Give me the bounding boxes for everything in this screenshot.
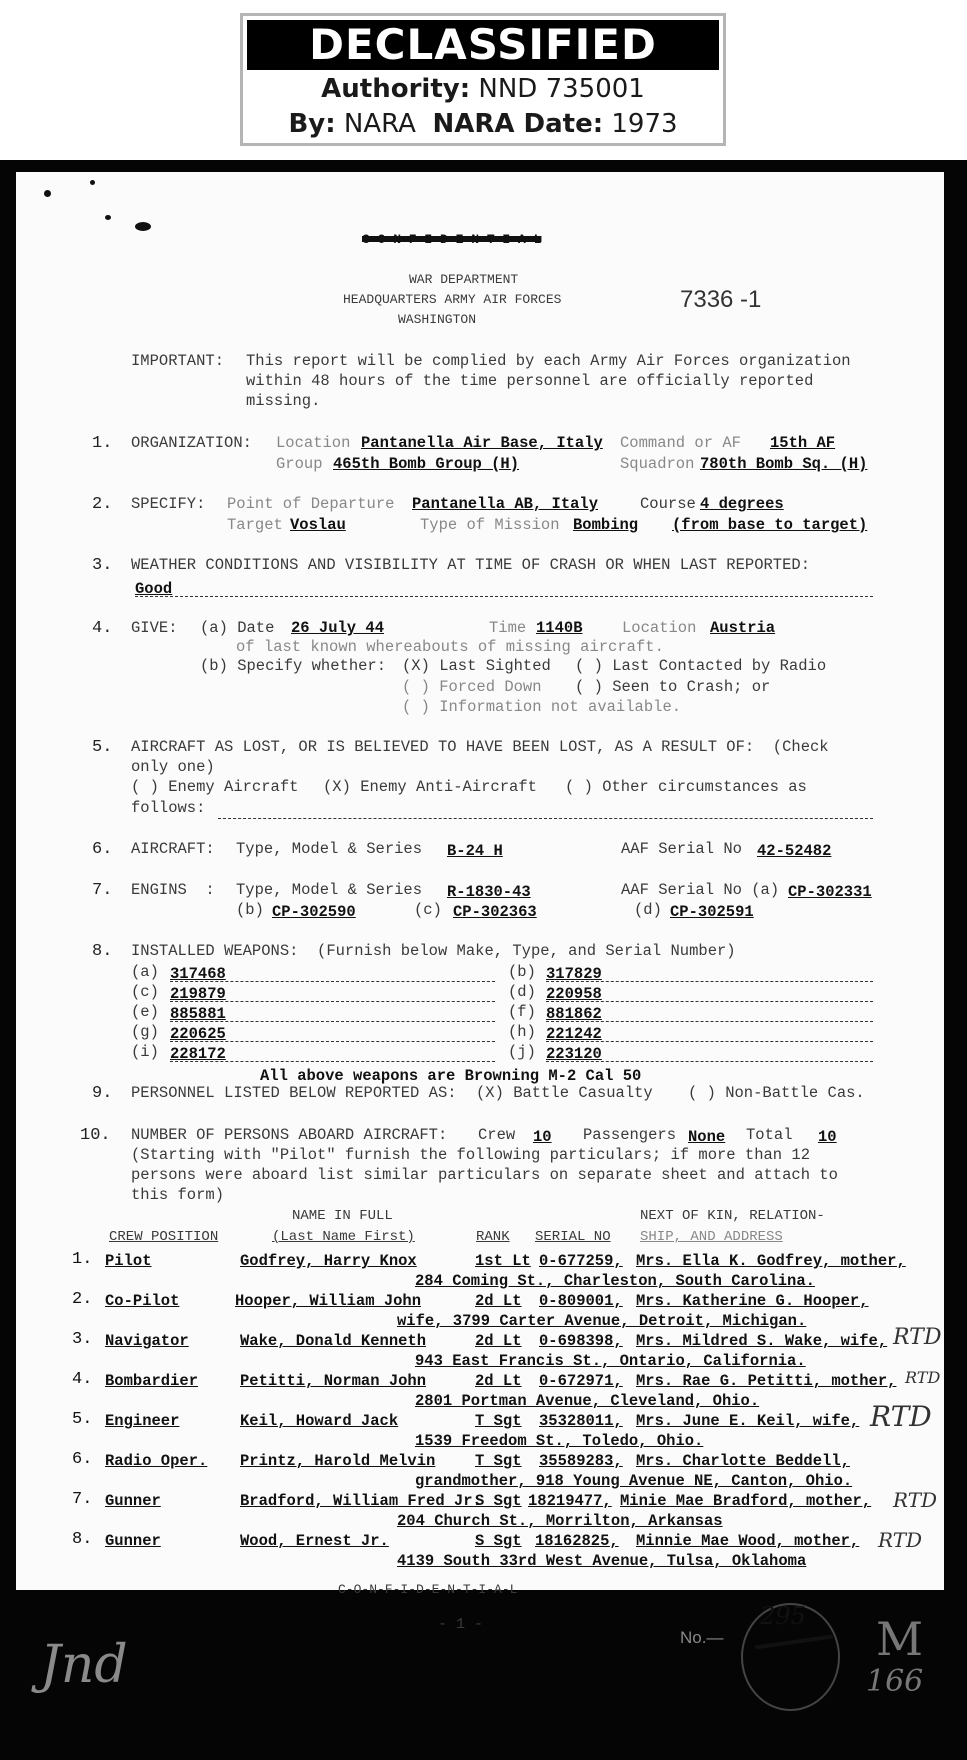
crew-name: Wood, Ernest Jr. — [240, 1532, 389, 1551]
weapon-label: (b) — [508, 963, 536, 982]
row-number: 1. — [72, 1250, 92, 1269]
section-6-label: AIRCRAFT: — [131, 840, 215, 859]
crew-address: grandmother, 918 Young Avenue NE, Canton… — [415, 1472, 852, 1491]
weapon-underline — [546, 1061, 873, 1062]
header-position: CREW POSITION — [109, 1228, 218, 1247]
crew-position: Engineer — [105, 1412, 179, 1431]
section-3-label: WEATHER CONDITIONS AND VISIBILITY AT TIM… — [131, 556, 810, 575]
crew-rank: 2d Lt — [475, 1292, 522, 1311]
crew-address: 943 East Francis St., Ontario, Californi… — [415, 1352, 806, 1371]
engine-b-label: (b) — [236, 901, 264, 920]
header-name-top: NAME IN FULL — [292, 1207, 393, 1226]
important-label: IMPORTANT: — [131, 352, 224, 371]
location-value: Pantanella Air Base, Italy — [361, 434, 603, 453]
total-label: Total — [746, 1126, 793, 1145]
follows-underline — [218, 818, 873, 819]
aircraft-type-label: Type, Model & Series — [236, 840, 422, 859]
crew-position: Gunner — [105, 1532, 161, 1551]
section-3-number: 3. — [92, 556, 112, 575]
weapon-underline — [170, 1061, 495, 1062]
section-9-number: 9. — [92, 1084, 112, 1103]
crew-label: Crew — [478, 1126, 515, 1145]
weapon-label: (f) — [508, 1003, 536, 1022]
weapon-underline — [170, 981, 495, 982]
header-serial: SERIAL NO — [535, 1228, 611, 1247]
weapon-label: (g) — [131, 1023, 159, 1042]
rtd-mark: RTD — [893, 1488, 937, 1512]
option-info-not-available[interactable]: ( ) Information not available. — [402, 698, 681, 717]
section-7-number: 7. — [92, 881, 112, 900]
crew-position: Gunner — [105, 1492, 161, 1511]
engine-type-value: R-1830-43 — [447, 883, 531, 902]
section-1-label: ORGANIZATION: — [131, 434, 252, 453]
footer-classification: C-O-N-F-I-D-E-N-T-I-A-L — [338, 1580, 517, 1599]
speck — [90, 180, 95, 185]
section-2-number: 2. — [92, 495, 112, 514]
section-5-line2: only one) — [131, 758, 215, 777]
stamp-by-date: By: NARA NARA Date: 1973 — [243, 108, 723, 140]
weapon-label: (i) — [131, 1043, 159, 1062]
engine-d: CP-302591 — [670, 903, 754, 922]
option-enemy-anti-aircraft[interactable]: (X) Enemy Anti-Aircraft — [323, 778, 537, 797]
crew-position: Co-Pilot — [105, 1292, 179, 1311]
target-value: Voslau — [290, 516, 346, 535]
option-seen-crash[interactable]: ( ) Seen to Crash; or — [575, 678, 770, 697]
crew-address: wife, 3799 Carter Avenue, Detroit, Michi… — [397, 1312, 806, 1331]
date-value: 26 July 44 — [291, 619, 384, 638]
crew-next-of-kin: Mrs. Rae G. Petitti, mother, — [636, 1372, 896, 1391]
crew-name: Wake, Donald Kenneth — [240, 1332, 426, 1351]
rtd-mark: RTD — [905, 1368, 940, 1387]
crew-serial: 0-809001, — [539, 1292, 623, 1311]
time-value: 1140B — [536, 619, 583, 638]
total-count: 10 — [818, 1128, 837, 1147]
speck — [135, 222, 151, 231]
crew-position: Navigator — [105, 1332, 189, 1351]
weapon-label: (a) — [131, 963, 159, 982]
time-label: Time — [489, 619, 526, 638]
section-5-number: 5. — [92, 738, 112, 757]
command-value: 15th AF — [770, 434, 835, 453]
aircraft-serial-value: 42-52482 — [757, 842, 831, 861]
crew-address: 1539 Freedom St., Toledo, Ohio. — [415, 1432, 703, 1451]
location-label-4: Location — [622, 619, 696, 638]
crew-next-of-kin: Minie Mae Bradford, mother, — [620, 1492, 871, 1511]
weapon-underline — [546, 981, 873, 982]
crew-serial: 35328011, — [539, 1412, 623, 1431]
engine-b: CP-302590 — [272, 903, 356, 922]
crew-address: 284 Coming St., Charleston, South Caroli… — [415, 1272, 815, 1291]
signature: Jnd — [40, 1635, 128, 1695]
important-line3: missing. — [246, 392, 320, 411]
crew-serial: 0-698398, — [539, 1332, 623, 1351]
margin-mark-m: M — [876, 1612, 923, 1666]
engine-c: CP-302363 — [453, 903, 537, 922]
stamp-title: DECLASSIFIED — [247, 20, 719, 70]
margin-number: 166 — [866, 1664, 923, 1699]
target-label: Target — [227, 516, 283, 535]
speck — [105, 215, 111, 220]
crew-count: 10 — [533, 1128, 552, 1147]
section-1-number: 1. — [92, 434, 112, 453]
weapon-underline — [546, 1021, 873, 1022]
rtd-mark: RTD — [870, 1400, 932, 1433]
section-6-number: 6. — [92, 840, 112, 859]
header-rank: RANK — [476, 1228, 510, 1247]
section-10-line2: (Starting with "Pilot" furnish the follo… — [131, 1146, 810, 1165]
stamp-authority: Authority: NND 735001 — [243, 73, 723, 105]
stamp-number: 295 — [760, 1602, 806, 1630]
mission-label: Type of Mission — [420, 516, 560, 535]
command-label: Command or AF — [620, 434, 741, 453]
passengers-count: None — [688, 1128, 725, 1147]
section-9-label: PERSONNEL LISTED BELOW REPORTED AS: — [131, 1084, 457, 1103]
section-7-label: ENGINS : — [131, 881, 215, 900]
specify-label: (b) Specify whether: — [200, 657, 386, 676]
option-last-contacted[interactable]: ( ) Last Contacted by Radio — [575, 657, 826, 676]
crew-name: Hooper, William John — [235, 1292, 421, 1311]
section-5-line1: AIRCRAFT AS LOST, OR IS BELIEVED TO HAVE… — [131, 738, 829, 757]
row-number: 8. — [72, 1530, 92, 1549]
crew-address: 2801 Portman Avenue, Cleveland, Ohio. — [415, 1392, 759, 1411]
weapon-underline — [546, 1001, 873, 1002]
number-label: No.— — [680, 1628, 723, 1647]
section-2-label: SPECIFY: — [131, 495, 205, 514]
section-10-line3: persons were aboard list similar particu… — [131, 1166, 838, 1185]
row-number: 2. — [72, 1290, 92, 1309]
aircraft-serial-label: AAF Serial No — [621, 840, 742, 859]
crew-next-of-kin: Mrs. Ella K. Godfrey, mother, — [636, 1252, 906, 1271]
course-value: 4 degrees — [700, 495, 784, 514]
rtd-mark: RTD — [878, 1528, 922, 1552]
squadron-label: Squadron — [620, 455, 694, 474]
crew-next-of-kin: Mrs. Charlotte Beddell, — [636, 1452, 850, 1471]
row-number: 4. — [72, 1370, 92, 1389]
weapon-underline — [170, 1041, 495, 1042]
date-label: (a) Date — [200, 619, 274, 638]
option-enemy-aircraft[interactable]: ( ) Enemy Aircraft — [131, 778, 298, 797]
option-forced-down[interactable]: ( ) Forced Down — [402, 678, 542, 697]
weather-underline — [135, 596, 873, 597]
weapon-underline — [546, 1041, 873, 1042]
crew-rank: 2d Lt — [475, 1372, 522, 1391]
crew-serial: 0-672971, — [539, 1372, 623, 1391]
section-10-line4: this form) — [131, 1186, 224, 1205]
weapon-label: (c) — [131, 983, 159, 1002]
option-battle-casualty[interactable]: (X) Battle Casualty — [476, 1084, 653, 1103]
crew-name: Bradford, William Fred Jr. — [240, 1492, 482, 1511]
course-note: (from base to target) — [672, 516, 867, 535]
crew-rank: 2d Lt — [475, 1332, 522, 1351]
departure-value: Pantanella AB, Italy — [412, 495, 598, 514]
important-line2: within 48 hours of the time personnel ar… — [246, 372, 813, 391]
option-last-sighted[interactable]: (X) Last Sighted — [402, 657, 551, 676]
engine-type-label: Type, Model & Series — [236, 881, 422, 900]
crew-next-of-kin: Minnie Mae Wood, mother, — [636, 1532, 859, 1551]
engine-d-label: (d) — [634, 901, 662, 920]
important-line1: This report will be complied by each Arm… — [246, 352, 851, 371]
crew-name: Printz, Harold Melvin — [240, 1452, 435, 1471]
crew-rank: S Sgt — [475, 1492, 522, 1511]
passengers-label: Passengers — [583, 1126, 676, 1145]
rtd-mark: RTD — [893, 1325, 942, 1350]
section-8-number: 8. — [92, 942, 112, 961]
crew-position: Radio Oper. — [105, 1452, 207, 1471]
crew-next-of-kin: Mrs. Mildred S. Wake, wife, — [636, 1332, 887, 1351]
doc-number: 7336 -1 — [680, 290, 761, 309]
location-label: Location — [276, 434, 350, 453]
crew-rank: 1st Lt — [475, 1252, 531, 1271]
crew-serial: 35589283, — [539, 1452, 623, 1471]
declassified-stamp: DECLASSIFIED Authority: NND 735001 By: N… — [240, 13, 726, 146]
header-line1: WAR DEPARTMENT — [409, 270, 518, 289]
weapon-underline — [170, 1021, 495, 1022]
section-4-label: GIVE: — [131, 619, 178, 638]
section-8-label: INSTALLED WEAPONS: (Furnish below Make, … — [131, 942, 736, 961]
classification-top: C-O-N-F-I-D-E-N-T-I-A-L — [362, 230, 541, 249]
row-number: 5. — [72, 1410, 92, 1429]
departure-label: Point of Departure — [227, 495, 394, 514]
crew-name: Godfrey, Harry Knox — [240, 1252, 417, 1271]
course-label: Course — [640, 495, 696, 514]
aircraft-type-value: B-24 H — [447, 842, 503, 861]
follows-label: follows: — [131, 799, 205, 818]
engine-c-label: (c) — [414, 901, 442, 920]
crew-serial: 18162825, — [535, 1532, 619, 1551]
crew-address: 4139 South 33rd West Avenue, Tulsa, Okla… — [397, 1552, 806, 1571]
weapon-label: (d) — [508, 983, 536, 1002]
crew-serial: 18219477, — [528, 1492, 612, 1511]
row-number: 6. — [72, 1450, 92, 1469]
crew-next-of-kin: Mrs. Katherine G. Hooper, — [636, 1292, 869, 1311]
header-kin: SHIP, AND ADDRESS — [640, 1228, 783, 1247]
section-10-number: 10. — [80, 1126, 111, 1145]
engine-serial-label: AAF Serial No (a) — [621, 881, 779, 900]
crew-position: Bombardier — [105, 1372, 198, 1391]
header-name: (Last Name First) — [272, 1228, 415, 1247]
option-non-battle[interactable]: ( ) Non-Battle Cas. — [688, 1084, 865, 1103]
weapon-label: (j) — [508, 1043, 536, 1062]
crew-serial: 0-677259, — [539, 1252, 623, 1271]
group-value: 465th Bomb Group (H) — [333, 455, 519, 474]
crew-rank: S Sgt — [475, 1532, 522, 1551]
header-kin-top: NEXT OF KIN, RELATION- — [640, 1207, 825, 1226]
page-number: - 1 - — [438, 1615, 483, 1634]
group-label: Group — [276, 455, 323, 474]
mission-value: Bombing — [573, 516, 638, 535]
crew-next-of-kin: Mrs. June E. Keil, wife, — [636, 1412, 859, 1431]
date-note: of last known whereabouts of missing air… — [236, 638, 664, 657]
row-number: 7. — [72, 1490, 92, 1509]
weapon-underline — [170, 1001, 495, 1002]
weapon-label: (h) — [508, 1023, 536, 1042]
crew-position: Pilot — [105, 1252, 152, 1271]
weapon-label: (e) — [131, 1003, 159, 1022]
crew-name: Keil, Howard Jack — [240, 1412, 398, 1431]
option-other[interactable]: ( ) Other circumstances as — [565, 778, 807, 797]
crew-rank: T Sgt — [475, 1412, 522, 1431]
engine-a: CP-302331 — [788, 883, 872, 902]
crew-name: Petitti, Norman John — [240, 1372, 426, 1391]
speck — [44, 190, 51, 197]
squadron-value: 780th Bomb Sq. (H) — [700, 455, 867, 474]
location-value-4: Austria — [710, 619, 775, 638]
header-line2: HEADQUARTERS ARMY AIR FORCES — [343, 290, 561, 309]
crew-rank: T Sgt — [475, 1452, 522, 1471]
section-10-label: NUMBER OF PERSONS ABOARD AIRCRAFT: — [131, 1126, 447, 1145]
row-number: 3. — [72, 1330, 92, 1349]
section-4-number: 4. — [92, 619, 112, 638]
header-line3: WASHINGTON — [398, 310, 476, 329]
crew-address: 204 Church St., Morrilton, Arkansas — [397, 1512, 723, 1531]
